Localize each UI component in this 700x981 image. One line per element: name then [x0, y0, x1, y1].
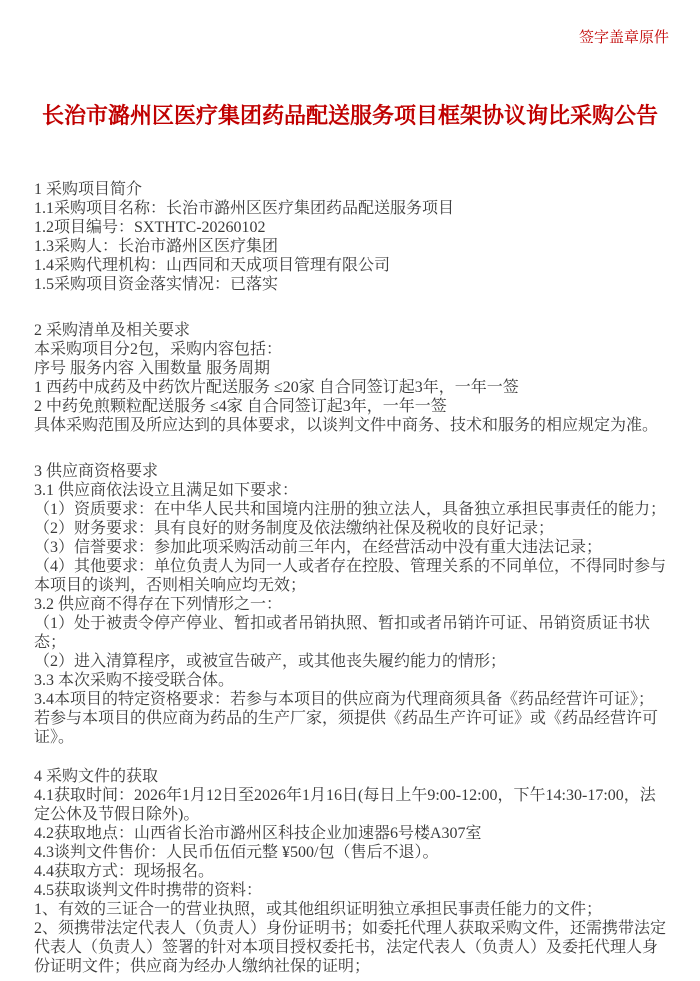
doc-line-package-row-2: 2 中药免煎颗粒配送服务 ≤4家 自合同签订起3年，一年一签 — [34, 397, 666, 416]
doc-line-4-4: 4.4获取方式：现场报名。 — [34, 862, 666, 881]
page-title: 长治市潞州区医疗集团药品配送服务项目框架协议询比采购公告 — [24, 100, 676, 131]
section-supplier-qualifications: 3 供应商资格要求 3.1 供应商依法设立且满足如下要求： （1）资质要求：在中… — [34, 462, 666, 747]
doc-line-3-1-item-2: （2）财务要求：具有良好的财务制度及依法缴纳社保及税收的良好记录； — [34, 519, 666, 538]
section-1-heading: 1 采购项目简介 — [34, 180, 666, 199]
doc-line-3-1: 3.1 供应商依法设立且满足如下要求： — [34, 481, 666, 500]
doc-line-4-5-item-2: 2、须携带法定代表人（负责人）身份证明书；如委托代理人获取采购文件，还需携带法定… — [34, 919, 666, 976]
doc-line-3-2-item-1: （1）处于被责令停产停业、暂扣或者吊销执照、暂扣或者吊销许可证、吊销资质证书状态… — [34, 614, 666, 652]
section-document-acquisition: 4 采购文件的获取 4.1获取时间：2026年1月12日至2026年1月16日(… — [34, 767, 666, 976]
doc-line-package-intro: 本采购项目分2包，采购内容包括： — [34, 340, 666, 359]
doc-line-agency: 1.4采购代理机构：山西同和天成项目管理有限公司 — [34, 256, 666, 275]
document-body: 1 采购项目简介 1.1采购项目名称：长治市潞州区医疗集团药品配送服务项目 1.… — [34, 180, 666, 976]
section-4-heading: 4 采购文件的获取 — [34, 767, 666, 786]
doc-line-3-3: 3.3 本次采购不接受联合体。 — [34, 671, 666, 690]
doc-line-scope-note: 具体采购范围及所应达到的具体要求，以谈判文件中商务、技术和服务的相应规定为准。 — [34, 416, 666, 435]
section-project-overview: 1 采购项目简介 1.1采购项目名称：长治市潞州区医疗集团药品配送服务项目 1.… — [34, 180, 666, 294]
stamp-note: 签字盖章原件 — [579, 26, 669, 47]
doc-line-project-number: 1.2项目编号：SXTHTC-20260102 — [34, 218, 666, 237]
doc-line-3-1-item-3: （3）信誉要求：参加此项采购活动前三年内，在经营活动中没有重大违法记录； — [34, 538, 666, 557]
doc-line-package-row-1: 1 西药中成药及中药饮片配送服务 ≤20家 自合同签订起3年，一年一签 — [34, 378, 666, 397]
doc-line-table-header: 序号 服务内容 入围数量 服务周期 — [34, 359, 666, 378]
doc-line-4-5-item-1: 1、有效的三证合一的营业执照，或其他组织证明独立承担民事责任能力的文件； — [34, 900, 666, 919]
doc-line-purchaser: 1.3采购人：长治市潞州区医疗集团 — [34, 237, 666, 256]
doc-line-funding: 1.5采购项目资金落实情况：已落实 — [34, 275, 666, 294]
section-2-heading: 2 采购清单及相关要求 — [34, 321, 666, 340]
doc-line-4-2: 4.2获取地点：山西省长治市潞州区科技企业加速器6号楼A307室 — [34, 824, 666, 843]
section-procurement-list: 2 采购清单及相关要求 本采购项目分2包，采购内容包括： 序号 服务内容 入围数… — [34, 321, 666, 435]
doc-line-project-name: 1.1采购项目名称：长治市潞州区医疗集团药品配送服务项目 — [34, 199, 666, 218]
doc-line-3-4: 3.4本项目的特定资格要求：若参与本项目的供应商为代理商须具备《药品经营许可证》… — [34, 690, 666, 747]
section-3-heading: 3 供应商资格要求 — [34, 462, 666, 481]
doc-line-4-1: 4.1获取时间：2026年1月12日至2026年1月16日(每日上午9:00-1… — [34, 786, 666, 824]
doc-line-4-5: 4.5获取谈判文件时携带的资料： — [34, 881, 666, 900]
doc-line-4-3: 4.3谈判文件售价：人民币伍佰元整 ¥500/包（售后不退）。 — [34, 843, 666, 862]
doc-line-3-2: 3.2 供应商不得存在下列情形之一： — [34, 595, 666, 614]
doc-line-3-1-item-4: （4）其他要求：单位负责人为同一人或者存在控股、管理关系的不同单位，不得同时参与… — [34, 557, 666, 595]
doc-line-3-2-item-2: （2）进入清算程序，或被宣告破产，或其他丧失履约能力的情形； — [34, 652, 666, 671]
doc-line-3-1-item-1: （1）资质要求：在中华人民共和国境内注册的独立法人，具备独立承担民事责任的能力； — [34, 500, 666, 519]
